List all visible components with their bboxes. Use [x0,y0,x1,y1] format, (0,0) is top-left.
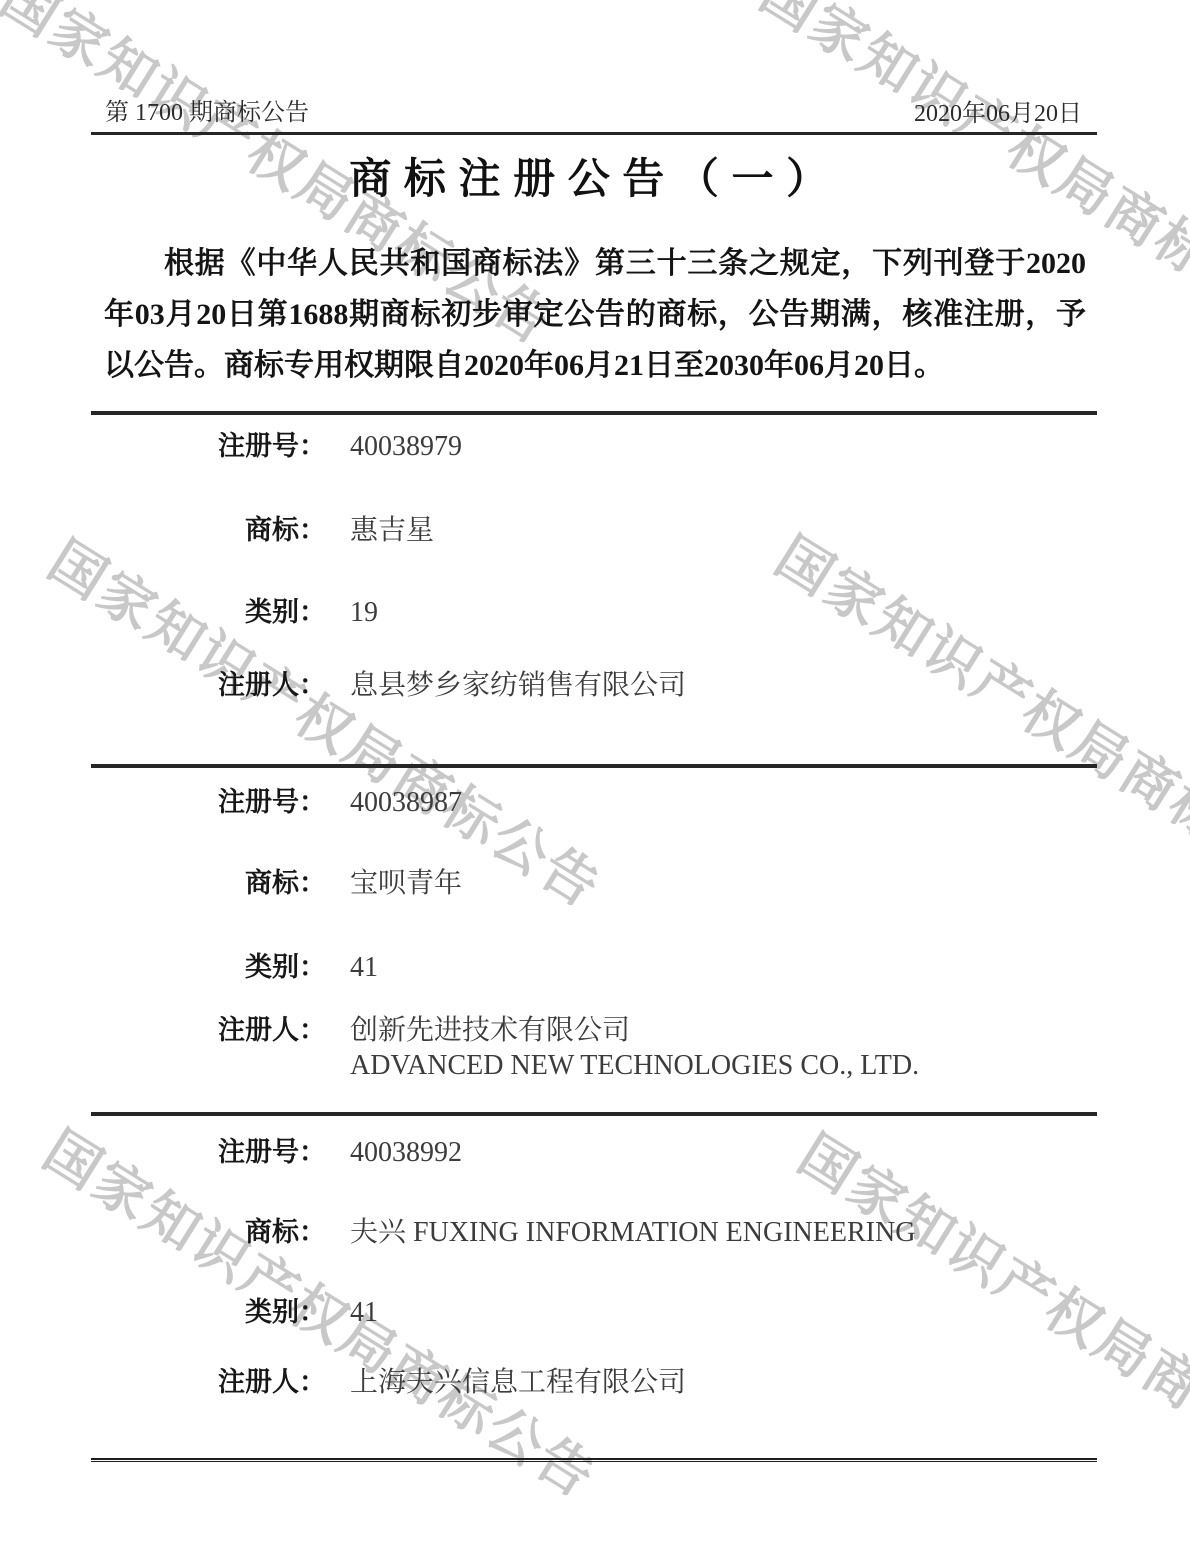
section-divider [91,1112,1097,1116]
record-2-trademark: 商标：宝呗青年 [0,861,462,901]
reg-no-value: 40038987 [350,787,462,818]
section-divider [91,411,1097,415]
record-3-class: 类别：41 [0,1290,378,1329]
record-3-reg-no: 注册号：40038992 [0,1130,462,1169]
watermark: 国家知识产权局商标公告 [786,1112,1190,1517]
trademark-value: 宝呗青年 [350,868,462,899]
registrant-label: 注册人： [0,1008,326,1047]
trademark-label: 商标： [0,1210,326,1249]
intro-paragraph: 根据《中华人民共和国商标法》第三十三条之规定，下列刊登于2020年03月20日第… [104,238,1086,391]
reg-no-value: 40038979 [350,431,462,462]
reg-no-label: 注册号： [0,1130,326,1169]
class-value: 41 [350,1297,378,1328]
reg-no-label: 注册号： [0,780,326,819]
class-label: 类别： [0,1290,326,1329]
registrant-label: 注册人： [0,1360,326,1399]
registrant-value: 创新先进技术有限公司 [350,1015,630,1046]
record-2-registrant: 注册人：创新先进技术有限公司 [0,1008,630,1048]
registrant-value: 上海夫兴信息工程有限公司 [350,1367,686,1398]
record-1-reg-no: 注册号：40038979 [0,424,462,463]
record-2-reg-no: 注册号：40038987 [0,780,462,819]
class-label: 类别： [0,945,326,984]
record-3-registrant: 注册人：上海夫兴信息工程有限公司 [0,1360,686,1400]
trademark-label: 商标： [0,508,326,547]
gazette-date: 2020年06月20日 [914,93,1082,128]
registrant-label: 注册人： [0,663,326,702]
record-3-trademark: 商标：夫兴 FUXING INFORMATION ENGINEERING [0,1210,915,1250]
record-1-trademark: 商标：惠吉星 [0,508,434,548]
trademark-gazette-page: 国家知识产权局商标公告 国家知识产权局商标公告 国家知识产权局商标公告 国家知识… [0,0,1190,1564]
record-1-class: 类别：19 [0,590,378,629]
record-1-registrant: 注册人：息县梦乡家纺销售有限公司 [0,663,686,703]
reg-no-value: 40038992 [350,1137,462,1168]
section-divider [91,764,1097,768]
class-value: 19 [350,597,378,628]
trademark-label: 商标： [0,861,326,900]
page-title: 商标注册公告（一） [0,146,1190,206]
class-label: 类别： [0,590,326,629]
registrant-value: 息县梦乡家纺销售有限公司 [350,670,686,701]
class-value: 41 [350,952,378,983]
bottom-rule [91,1458,1097,1462]
gazette-issue-number: 第 1700 期商标公告 [105,92,309,127]
trademark-value: 惠吉星 [350,515,434,546]
registrant-en-value: ADVANCED NEW TECHNOLOGIES CO., LTD. [350,1050,919,1082]
header-rule [91,132,1097,135]
trademark-value: 夫兴 FUXING INFORMATION ENGINEERING [350,1217,915,1248]
reg-no-label: 注册号： [0,424,326,463]
record-2-class: 类别：41 [0,945,378,984]
watermark: 国家知识产权局商标公告 [763,514,1190,919]
